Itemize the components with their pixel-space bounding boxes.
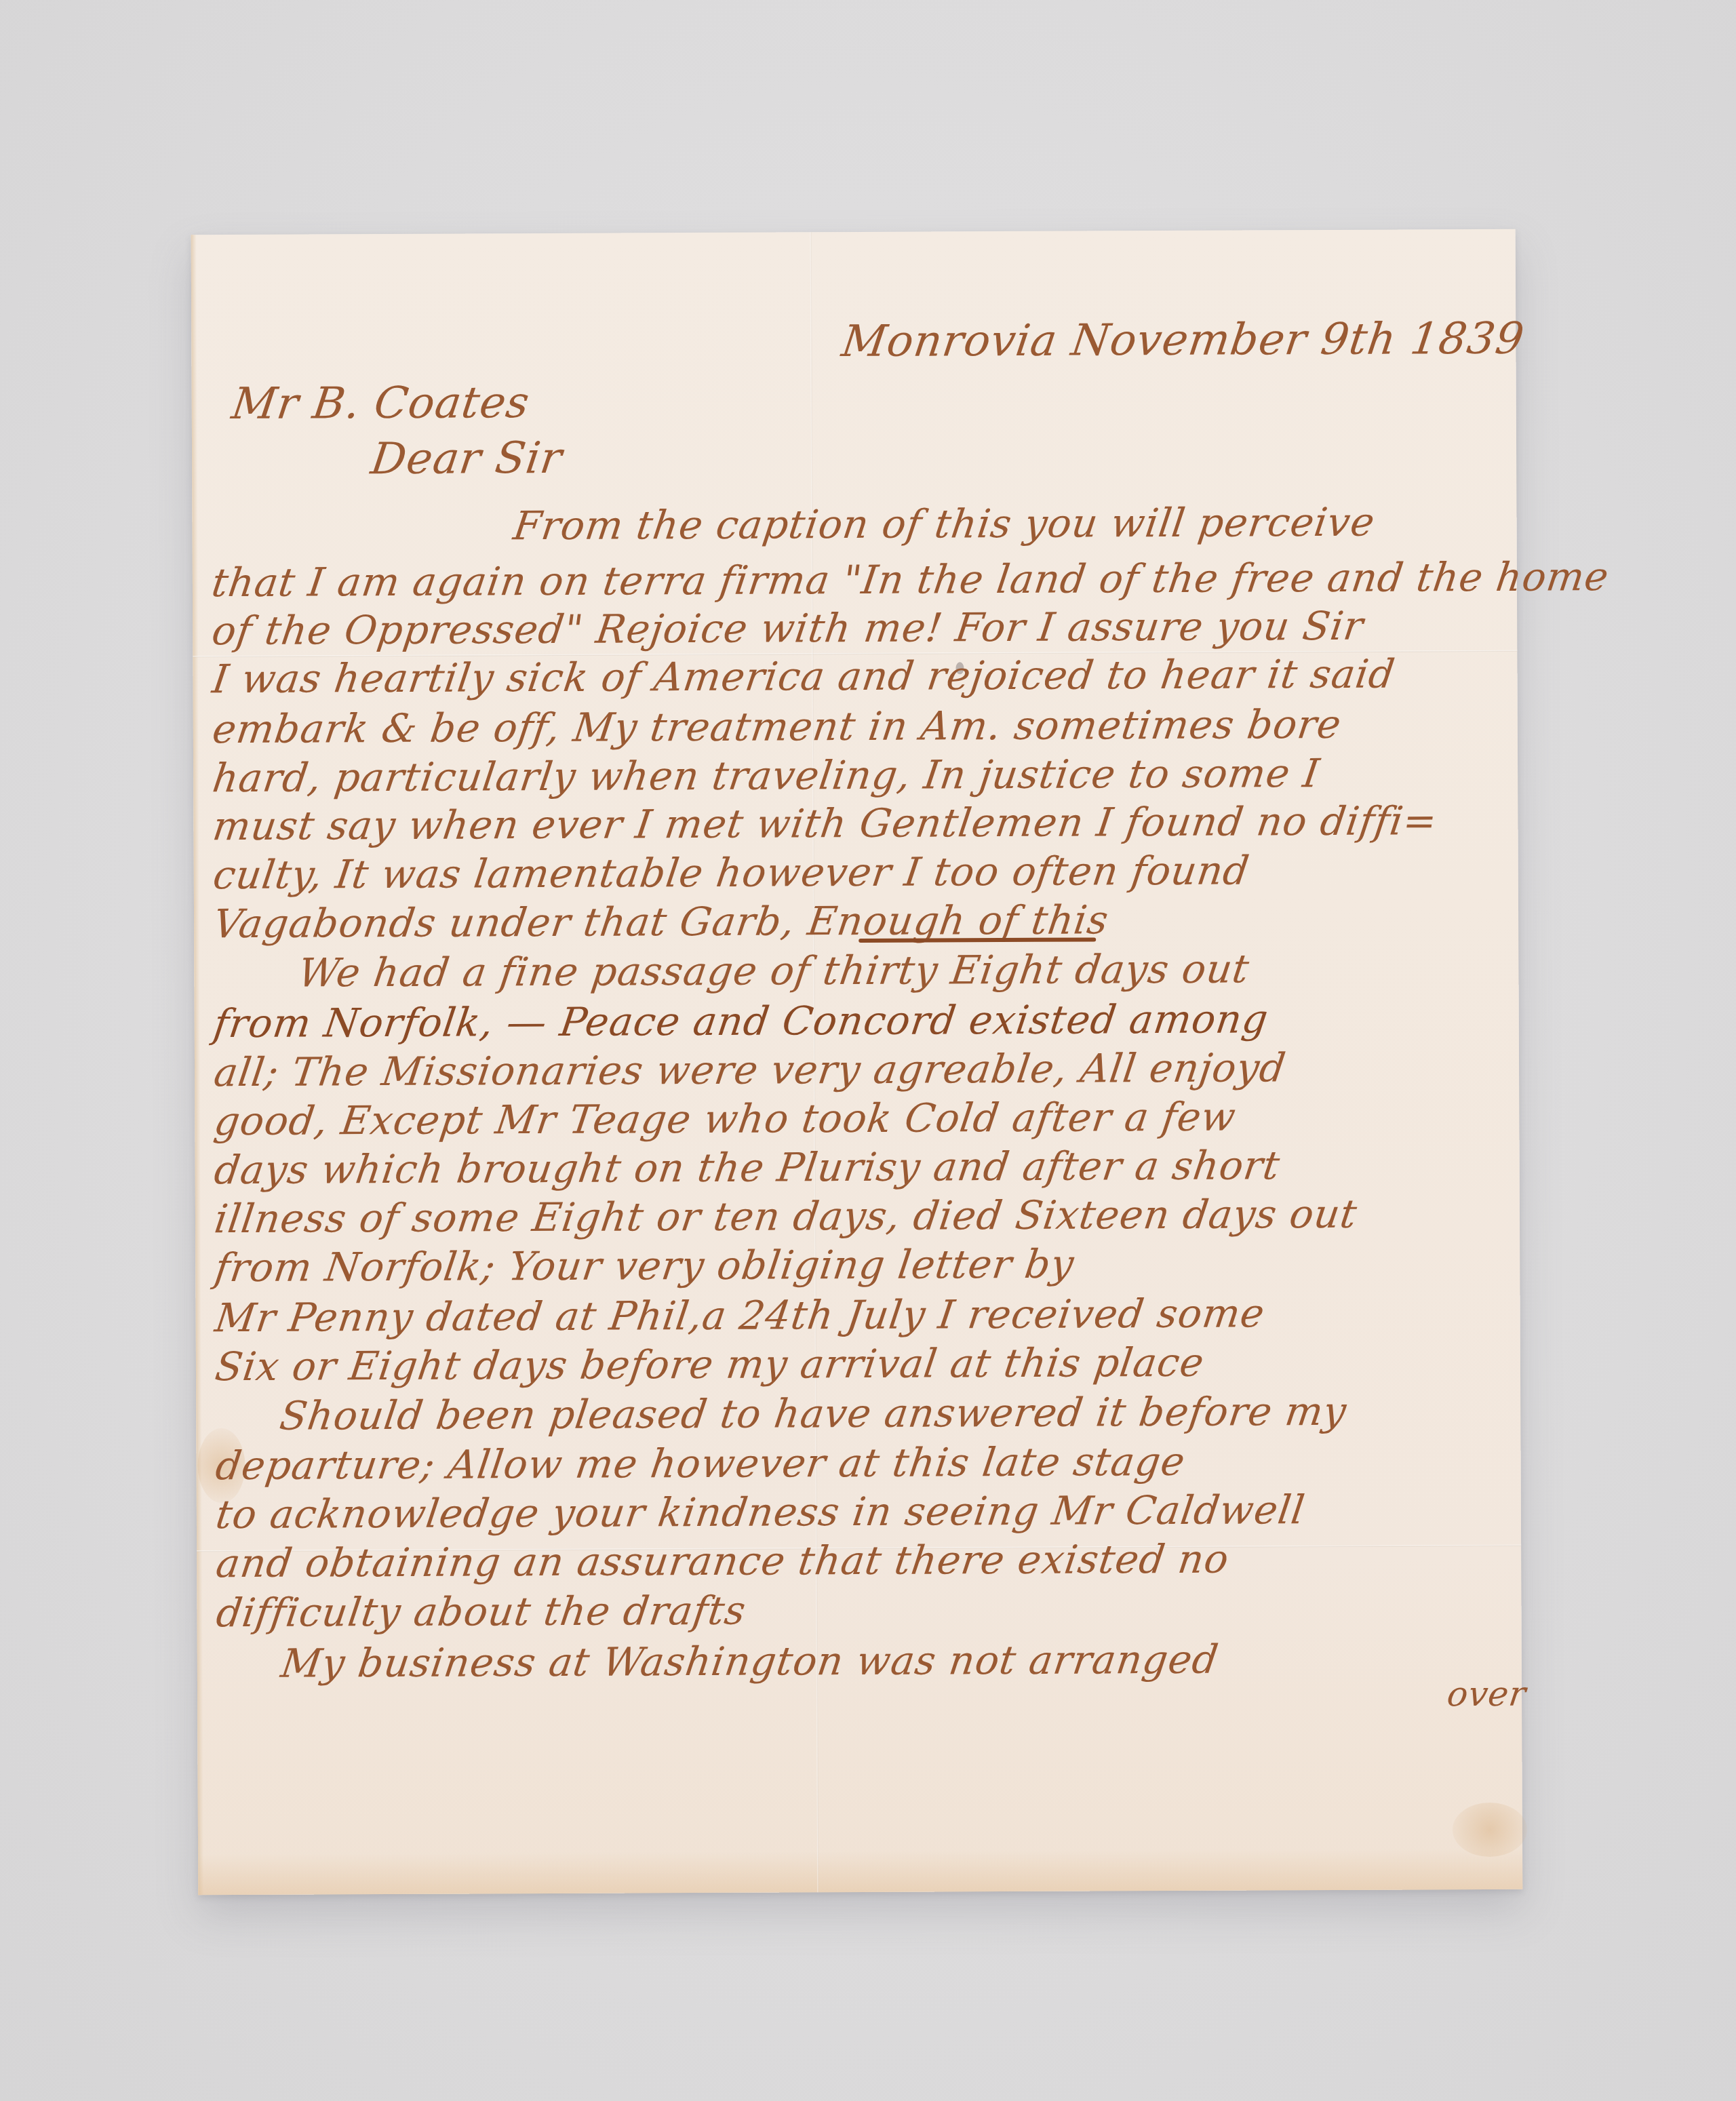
continuation-note: over <box>1445 1677 1528 1712</box>
letter-line: must say when ever I met with Gentlemen … <box>211 801 1440 846</box>
recipient: Mr B. Coates <box>229 381 532 426</box>
letter-line: that I am again on terra firma "In the l… <box>210 557 1611 602</box>
letter-line: of the Oppressed" Rejoice with me! For I… <box>210 606 1366 650</box>
letter-line: days which brought on the Plurisy and af… <box>212 1145 1282 1190</box>
letter-line: We had a fine passage of thirty Eight da… <box>296 949 1252 992</box>
letter-line: illness of some Eight or ten days, died … <box>212 1194 1360 1238</box>
letter-line: departure; Allow me however at this late… <box>214 1442 1188 1485</box>
letter-line: from Norfolk; Your very obliging letter … <box>212 1244 1076 1288</box>
letter-line: My business at Washington was not arrang… <box>279 1640 1221 1683</box>
letter-line: From the caption of this you will percei… <box>511 503 1377 546</box>
letter-line: I was heartily sick of America and rejoi… <box>210 654 1398 699</box>
foxing-stain <box>1453 1803 1527 1857</box>
letter-line: Six or Eight days before my arrival at t… <box>213 1343 1206 1386</box>
letter-line: and obtaining an assurance that there ex… <box>214 1539 1231 1584</box>
letter-line: Should been pleased to have answered it … <box>277 1392 1349 1436</box>
letter-line: all; The Missionaries were very agreable… <box>212 1048 1288 1092</box>
letter-line: Mr Penny dated at Phil,a 24th July I rec… <box>213 1293 1267 1337</box>
letter-line: good, Except Mr Teage who took Cold afte… <box>212 1097 1238 1141</box>
letter-line: to acknowledge your kindness in seeing M… <box>214 1490 1307 1534</box>
letter-line: hard, particularly when traveling, In ju… <box>210 753 1322 798</box>
letter-line: embark & be off, My treatment in Am. som… <box>210 705 1344 749</box>
dateline: Monrovia November 9th 1839 <box>840 317 1527 364</box>
paper-bottom-foxing <box>198 1849 1522 1896</box>
letter-line: Vagabonds under that Garb, Enough of thi… <box>211 900 1111 943</box>
letter-line: culty, It was lamentable however I too o… <box>211 850 1252 895</box>
salutation: Dear Sir <box>368 437 565 481</box>
letter-line: difficulty about the drafts <box>214 1591 749 1632</box>
letter-sheet: Monrovia November 9th 1839 Mr B. Coates … <box>191 229 1523 1895</box>
letter-line: from Norfolk, — Peace and Concord existe… <box>212 999 1271 1043</box>
